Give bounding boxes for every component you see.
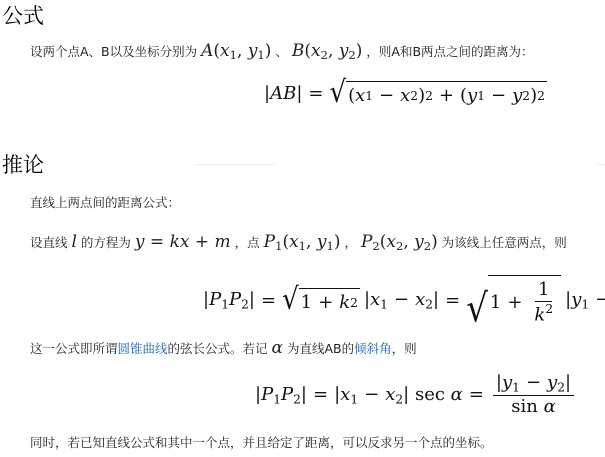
distance-formula: |AB|= √(x1−x2)2+(y1−y2)2 [264, 80, 547, 106]
corollary-line2: 设直线 l 的方程为 y = kx + m ，点 P1(x1, y1) ， P2… [30, 233, 567, 255]
point-b-coords: B(x2, y2) [292, 41, 363, 61]
section-heading-corollary: 推论 [2, 153, 44, 177]
divider [597, 164, 605, 165]
var-alpha: α [272, 338, 283, 358]
link-conic-section[interactable]: 圆锥曲线 [118, 341, 168, 356]
divider [195, 164, 275, 165]
point-p2: P2(x2, y2) [361, 232, 438, 252]
formula-intro: 设两个点A、B以及坐标分别为 A(x1, y1) 、 B(x2, y2) ，则A… [30, 42, 534, 64]
line-equation: y = kx + m [135, 232, 231, 252]
secant-formula: |P1P2|= |x1−x2| sec α= |y1−y2|sin α [255, 372, 577, 418]
link-inclination-angle[interactable]: 倾斜角 [354, 341, 392, 356]
chord-length-formula: |P1P2|= √1+k2 |x1−x2|= √1+1k2 |y1−y2| [203, 275, 605, 326]
formula-intro-prefix: 设两个点A、B以及坐标分别为 [30, 44, 197, 59]
var-l: l [72, 232, 77, 252]
corollary-line4: 同时，若已知直线公式和其中一个点，并且给定了距离，可以反求另一个点的坐标。 [30, 434, 493, 452]
point-a-coords: A(x1, y1) [201, 41, 271, 61]
section-heading-formula: 公式 [2, 4, 44, 28]
point-p1: P1(x1, y1) [264, 232, 341, 252]
corollary-line3: 这一公式即所谓圆锥曲线的弦长公式。若记 α 为直线AB的倾斜角，则 [30, 339, 417, 358]
formula-intro-suffix: ，则A和B两点之间的距离为： [366, 44, 533, 59]
formula-intro-sep: 、 [275, 44, 288, 59]
corollary-line1: 直线上两点间的距离公式： [30, 194, 180, 212]
